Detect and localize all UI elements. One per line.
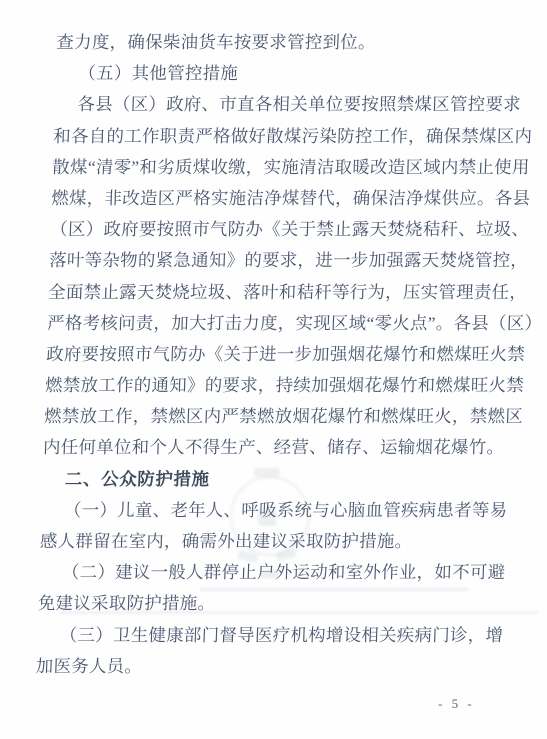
subsection-heading: （五）其他管控措施 [55,58,521,89]
text-line: 加医务人员。 [35,651,501,682]
text-line: 内任何单位和个人不得生产、经营、储存、运输烟花爆竹。 [43,432,509,463]
text-line: 散煤“清零”和劣质煤收缴，实施清洁取暖改造区域内禁止使用 [52,152,518,183]
document-text: 查力度，确保柴油货车按要求管控到位。 （五）其他管控措施 各县（区）政府、市直各… [35,27,522,682]
text-line: （二）建议一般人群停止户外运动和室外作业，如不可避 [38,557,504,588]
text-line: （一）儿童、老年人、呼吸系统与心脑血管疾病患者等易 [40,495,506,526]
page-number: - 5 - [438,696,475,712]
text-line: 查力度，确保柴油货车按要求管控到位。 [56,27,522,58]
text-line: 各县（区）政府、市直各相关单位要按照禁煤区管控要求 [54,89,520,120]
text-line: 免建议采取防护措施。 [37,588,503,619]
section-heading: 二、公众防护措施 [41,464,507,495]
text-line: 感人群留在室内，确需外出建议采取防护措施。 [39,526,505,557]
text-line: 政府要按照市气防办《关于进一步加强烟花爆竹和燃煤旺火禁 [46,339,512,370]
text-line: 燃禁放工作的通知》的要求，持续加强烟花爆竹和燃煤旺火禁 [45,370,511,401]
text-line: （区）政府要按照市气防办《关于禁止露天焚烧秸秆、垃圾、 [50,214,516,245]
document-page: 查力度，确保柴油货车按要求管控到位。 （五）其他管控措施 各县（区）政府、市直各… [0,0,547,739]
text-line: 落叶等杂物的紧急通知》的要求，进一步加强露天焚烧管控， [49,245,515,276]
text-line: 全面禁止露天焚烧垃圾、落叶和秸秆等行为，压实管理责任， [48,277,514,308]
text-line: 严格考核问责，加大打击力度，实现区域“零火点”。各县（区） [47,308,513,339]
text-line: 和各自的工作职责严格做好散煤污染防控工作，确保禁煤区内 [53,121,519,152]
text-line: 燃煤，非改造区严格实施洁净煤替代，确保洁净煤供应。各县 [51,183,517,214]
text-line: （三）卫生健康部门督导医疗机构增设相关疾病门诊，增 [36,620,502,651]
text-line: 燃禁放工作，禁燃区内严禁燃放烟花爆竹和燃煤旺火，禁燃区 [44,401,510,432]
